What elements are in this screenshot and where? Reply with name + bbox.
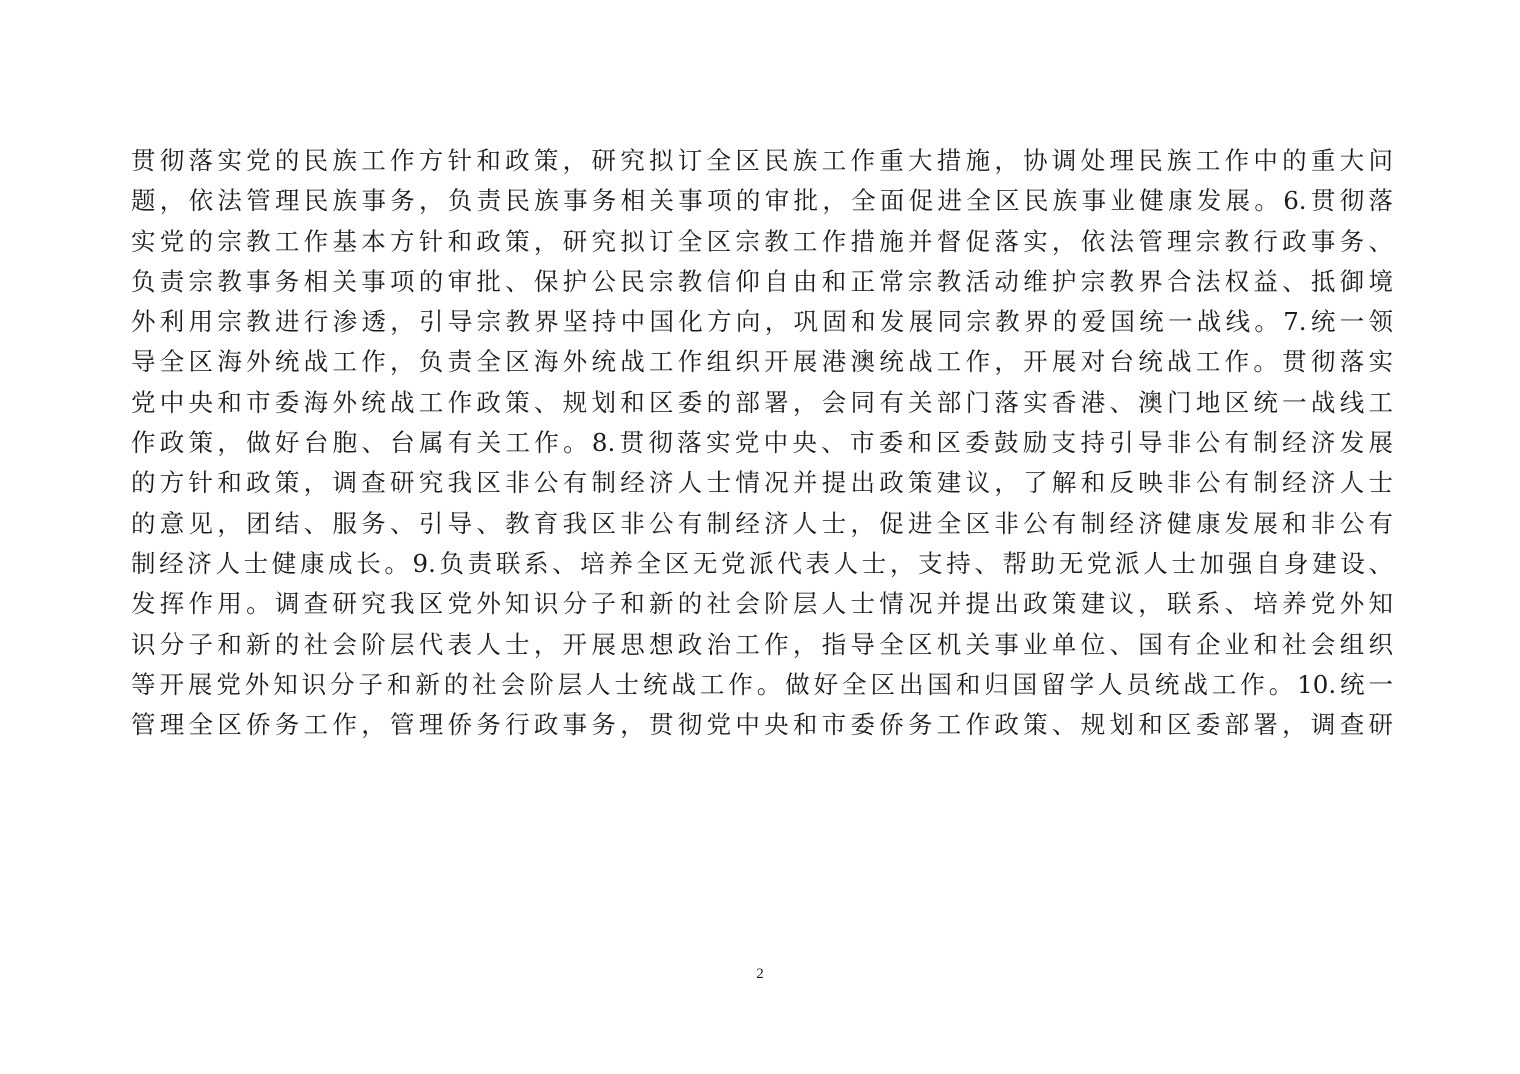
page-number: 2 <box>0 966 1520 983</box>
body-paragraph: 贯彻落实党的民族工作方针和政策，研究拟订全区民族工作重大措施，协调处理民族工作中… <box>131 141 1393 745</box>
text-line: 识分子和新的社会阶层代表人士，开展思想政治工作，指导全区机关事业单位、国有企业和… <box>131 625 1393 665</box>
document-page: 贯彻落实党的民族工作方针和政策，研究拟订全区民族工作重大措施，协调处理民族工作中… <box>0 0 1520 1074</box>
text-line: 作政策，做好台胞、台属有关工作。8.贯彻落实党中央、市委和区委鼓励支持引导非公有… <box>131 423 1393 463</box>
text-line: 管理全区侨务工作，管理侨务行政事务，贯彻党中央和市委侨务工作政策、规划和区委部署… <box>131 705 1393 745</box>
text-line: 贯彻落实党的民族工作方针和政策，研究拟订全区民族工作重大措施，协调处理民族工作中… <box>131 141 1393 181</box>
text-line: 的意见，团结、服务、引导、教育我区非公有制经济人士，促进全区非公有制经济健康发展… <box>131 504 1393 544</box>
text-line: 导全区海外统战工作，负责全区海外统战工作组织开展港澳统战工作，开展对台统战工作。… <box>131 342 1393 382</box>
text-line: 等开展党外知识分子和新的社会阶层人士统战工作。做好全区出国和归国留学人员统战工作… <box>131 665 1393 705</box>
text-line: 外利用宗教进行渗透，引导宗教界坚持中国化方向，巩固和发展同宗教界的爱国统一战线。… <box>131 302 1393 342</box>
text-line: 负责宗教事务相关事项的审批、保护公民宗教信仰自由和正常宗教活动维护宗教界合法权益… <box>131 262 1393 302</box>
text-line: 的方针和政策，调查研究我区非公有制经济人士情况并提出政策建议，了解和反映非公有制… <box>131 463 1393 503</box>
text-line: 发挥作用。调查研究我区党外知识分子和新的社会阶层人士情况并提出政策建议，联系、培… <box>131 584 1393 624</box>
text-line: 实党的宗教工作基本方针和政策，研究拟订全区宗教工作措施并督促落实，依法管理宗教行… <box>131 222 1393 262</box>
text-line: 制经济人士健康成长。9.负责联系、培养全区无党派代表人士，支持、帮助无党派人士加… <box>131 544 1393 584</box>
text-line: 党中央和市委海外统战工作政策、规划和区委的部署，会同有关部门落实香港、澳门地区统… <box>131 383 1393 423</box>
text-line: 题，依法管理民族事务，负责民族事务相关事项的审批，全面促进全区民族事业健康发展。… <box>131 181 1393 221</box>
